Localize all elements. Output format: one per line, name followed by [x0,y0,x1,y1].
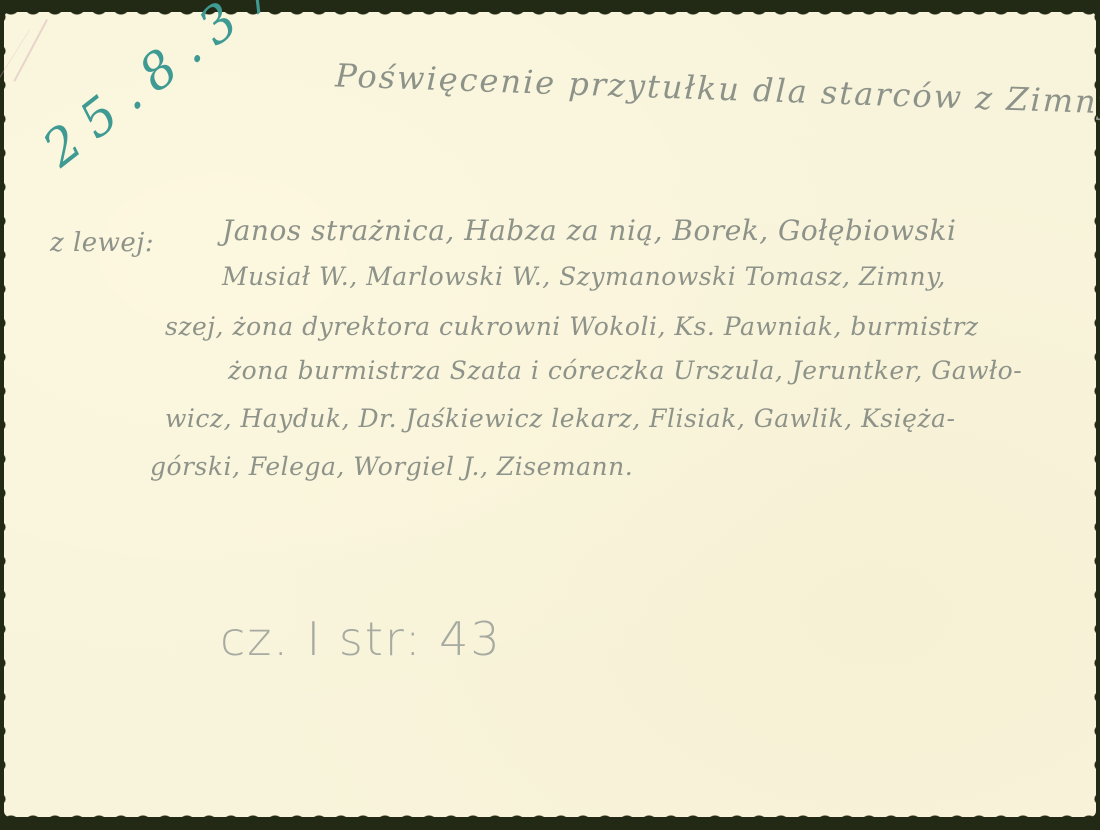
deckle-edge-right [1090,0,1100,830]
deckle-edge-left [0,0,10,830]
names-prefix: z lewej: [50,228,154,258]
names-line-3: szej, żona dyrektora cukrowni Wokoli, Ks… [165,312,979,341]
names-line-6: górski, Felega, Worgiel J., Zisemann. [150,452,633,481]
deckle-edge-bottom [0,810,1100,824]
archive-reference: cz. I str: 43 [220,612,502,666]
deckle-edge-top [0,6,1100,20]
names-line-2: Musiał W., Marlowski W., Szymanowski Tom… [222,262,946,291]
names-line-4: żona burmistrza Szata i córeczka Urszula… [228,356,1022,385]
names-line-5: wicz, Hayduk, Dr. Jaśkiewicz lekarz, Fli… [165,404,955,433]
scanned-photo-reverse: 25.8.37. Poświęcenie przytułku dla starc… [0,0,1100,830]
names-line-1: Janos strażnica, Habza za nią, Borek, Go… [222,214,956,247]
